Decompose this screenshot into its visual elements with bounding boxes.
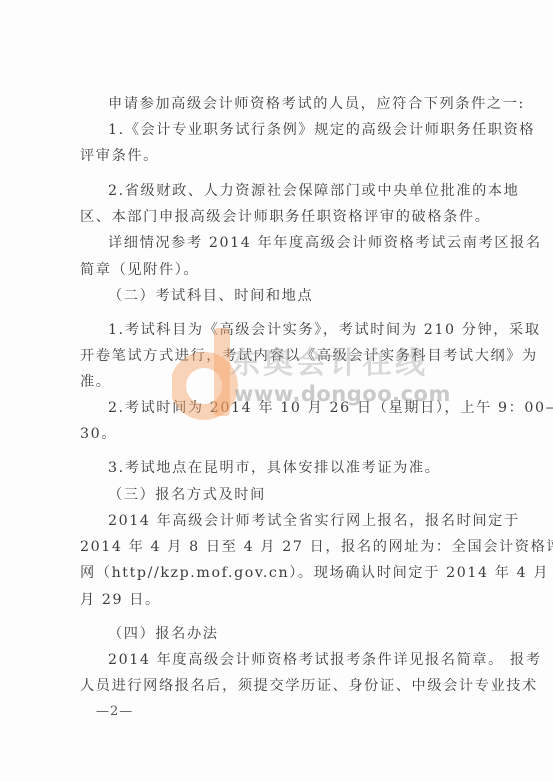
text-line: 申请参加高级会计师资格考试的人员，应符合下列条件之一: <box>108 95 484 113</box>
text-line: 区、本部门申报高级会计师职务任职资格评审的破格条件。 <box>80 208 484 226</box>
text-line: 30。 <box>80 425 484 443</box>
page-number: —2— <box>96 704 133 719</box>
document-page: 申请参加高级会计师资格考试的人员，应符合下列条件之一:1.《会计专业职务试行条例… <box>0 0 553 782</box>
text-line: 2014 年度高级会计师资格考试报考条件详见报名简章。 报考 <box>108 651 484 669</box>
text-line: 2014 年 4 月 8 日至 4 月 27 日，报名的网址为：全国会计资格评价 <box>80 538 484 556</box>
text-line: 简章（见附件）。 <box>80 261 484 279</box>
text-line: 2.省级财政、人力资源社会保障部门或中央单位批准的本地 <box>108 182 484 200</box>
text-line: 1.考试科目为《高级会计实务》，考试时间为 210 分钟，采取 <box>108 321 484 339</box>
text-line: 人员进行网络报名后，须提交学历证、身份证、中级会计专业技术 <box>80 677 484 695</box>
text-line: （二）考试科目、时间和地点 <box>108 287 484 305</box>
text-line: 2.考试时间为 2014 年 10 月 26 日（星期日），上午 9：00—12… <box>108 399 484 417</box>
text-line: 评审条件。 <box>80 147 484 165</box>
text-line: （四）报名办法 <box>108 625 484 643</box>
text-line: 网（http//kzp.mof.gov.cn）。现场确认时间定于 2014 年 … <box>80 564 484 582</box>
text-line: 2014 年高级会计师考试全省实行网上报名，报名时间定于 <box>108 512 484 530</box>
text-line: 准。 <box>80 373 484 391</box>
text-line: 1.《会计专业职务试行条例》规定的高级会计师职务任职资格 <box>108 121 484 139</box>
text-line: （三）报名方式及时间 <box>108 486 484 504</box>
text-line: 3.考试地点在昆明市，具体安排以准考证为准。 <box>108 459 484 477</box>
text-line: 开卷笔试方式进行，考试内容以《高级会计实务科目考试大纲》为 <box>80 347 484 365</box>
text-line: 月 29 日。 <box>80 591 484 609</box>
text-line: 详细情况参考 2014 年年度高级会计师资格考试云南考区报名 <box>108 234 484 252</box>
